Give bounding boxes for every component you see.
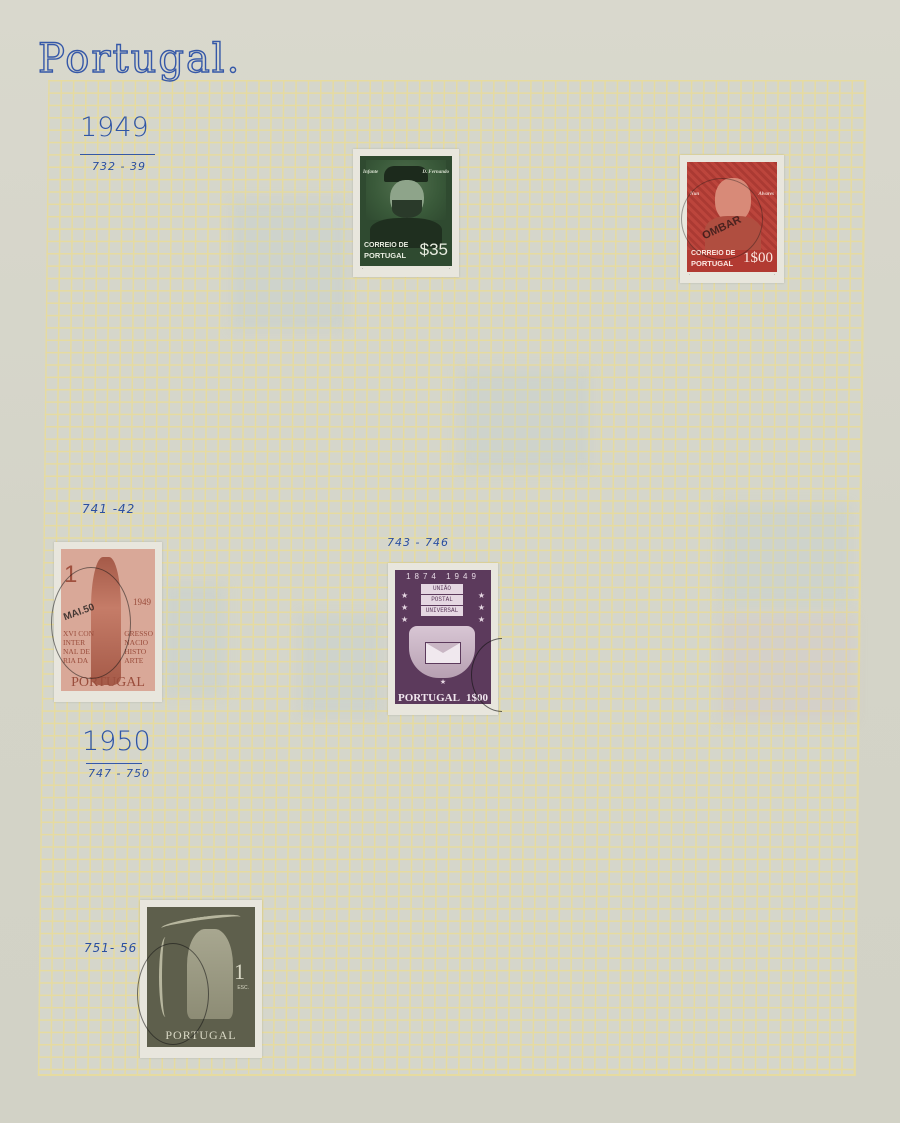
envelope-icon — [425, 642, 461, 664]
stamp-value: $35 — [420, 240, 448, 260]
banner-line: POSTAL — [421, 595, 463, 605]
text-line: ARTE — [124, 656, 153, 665]
stamp-country-line1: CORREIO DE — [364, 242, 408, 249]
stamp-years: 1874 1949 — [395, 572, 491, 581]
ghost-mark — [300, 615, 380, 715]
stamp-country: PORTUGAL — [63, 675, 153, 691]
catalogue-ref: 751- 56 — [84, 941, 137, 955]
ghost-mark — [720, 505, 850, 605]
banner-block: UNIÃO POSTAL UNIVERSAL — [421, 584, 463, 616]
beard-shape — [392, 200, 422, 218]
postmark-ring — [51, 567, 131, 679]
year-heading-1949: 1949 — [80, 112, 149, 143]
stamp-upu: 1874 1949 UNIÃO POSTAL UNIVERSAL ★★★ ★★★… — [388, 563, 498, 715]
stamp-art-history-congress: 1 1949 XVI CON INTER NAL DE RIA DA GRESS… — [54, 542, 162, 702]
page-title: Portugal. — [38, 36, 241, 82]
stamp-year: 1949 — [133, 597, 151, 607]
stars-right: ★★★ — [478, 590, 485, 626]
ghost-mark — [232, 200, 347, 330]
ghost-mark — [720, 615, 855, 720]
ghost-mark — [460, 370, 590, 470]
stamp-country-line2: PORTUGAL — [364, 251, 406, 260]
banner-line: UNIVERSAL — [421, 606, 463, 616]
stamp-country: PORTUGAL — [398, 692, 460, 704]
stamp-value: 1 — [234, 959, 245, 985]
stamp-imprint: ·· — [689, 272, 775, 280]
year-heading-1950: 1950 — [82, 726, 151, 757]
caption-right: D. Fernando — [422, 170, 449, 175]
stamp-red-nuno: Nun Alvares CORREIO DE PORTUGAL 1$00 OMB… — [680, 155, 784, 283]
banner-line: UNIÃO — [421, 584, 463, 594]
stamp-value: 1$00 — [743, 250, 773, 267]
stamp-imprint: ·· — [362, 266, 450, 274]
catalogue-ref: 732 - 39 — [92, 160, 146, 173]
catalogue-ref: 747 - 750 — [88, 767, 150, 780]
caption-right: Alvares — [758, 192, 774, 197]
postmark-ring — [681, 178, 763, 260]
caption-left: Infante — [363, 170, 378, 175]
postmark-ring — [137, 943, 209, 1045]
year-underline — [80, 154, 155, 155]
catalogue-ref: 743 - 746 — [387, 536, 449, 549]
stamp-green-infante: Infante D. Fernando CORREIO DE PORTUGAL … — [353, 149, 459, 277]
text-line: HISTO — [124, 647, 153, 656]
stamp-st-john-of-god: 1 ESC. PORTUGAL — [140, 900, 262, 1058]
stamp-value-unit: ESC. — [237, 985, 249, 991]
stars-left: ★★★ — [401, 590, 408, 626]
catalogue-ref: 741 -42 — [82, 502, 135, 516]
ghost-mark — [165, 585, 225, 695]
year-underline — [86, 763, 142, 764]
stamp-country-line2: PORTUGAL — [691, 259, 733, 268]
album-page: Portugal. 1949 732 - 39 Infante D. Ferna… — [0, 0, 900, 1123]
